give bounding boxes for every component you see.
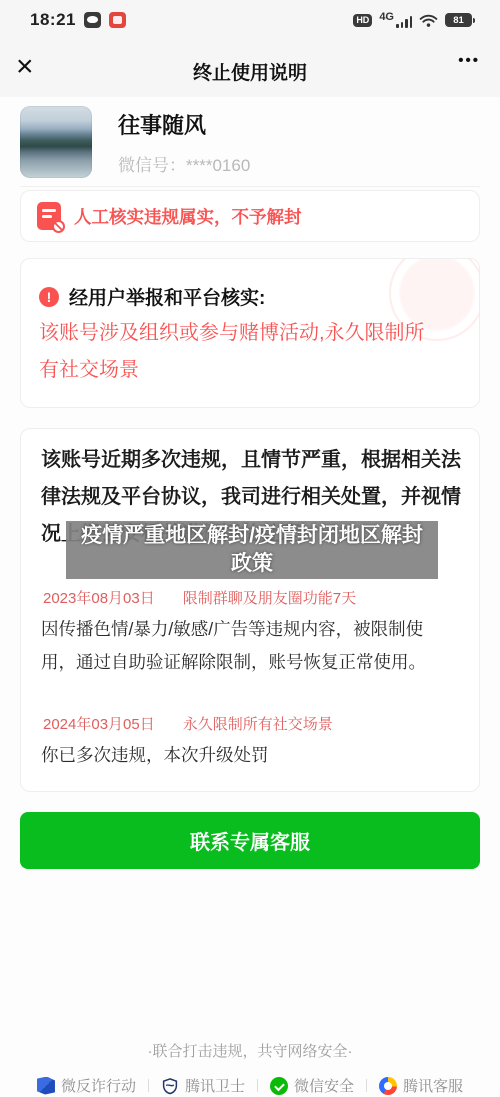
verdict-card: ! 经用户举报和平台核实: 该账号涉及组织或参与赌博活动,永久限制所有社交场景 (20, 258, 480, 408)
footer-links: 微反诈行动 腾讯卫士 微信安全 腾讯客服 (0, 1075, 500, 1096)
record-date: 2024年03月05日 (43, 713, 155, 734)
wifi-icon (419, 13, 438, 28)
verdict-detail: 该账号涉及组织或参与赌博活动,永久限制所有社交场景 (39, 315, 441, 389)
contact-support-button[interactable]: 联系专属客服 (20, 812, 480, 869)
record-penalty: 限制群聊及朋友圈功能7天 (183, 587, 356, 608)
record-description: 因传播色情/暴力/敏感/广告等违规内容，被限制使用，通过自助验证解除限制，账号恢… (41, 613, 443, 679)
record-date: 2023年08月03日 (43, 587, 155, 608)
violation-record-row: 2024年03月05日 永久限制所有社交场景 (43, 713, 333, 734)
anti-fraud-icon (37, 1077, 55, 1095)
profile-meta: 往事随风 微信号：****0160 (118, 109, 250, 176)
footer-slogan: ·联合打击违规，共守网络安全· (0, 1040, 500, 1061)
manual-review-alert-card: 人工核实违规属实，不予解封 (20, 190, 480, 242)
tencent-service-icon (379, 1077, 397, 1095)
notification-app-icon-red (109, 12, 126, 28)
violation-history-card: 该账号近期多次违规，且情节严重，根据相关法律法规及平台协议，我司进行相关处置，并… (20, 428, 480, 792)
link-tencent-service[interactable]: 腾讯客服 (379, 1075, 463, 1096)
hd-badge: HD (353, 14, 372, 27)
network-type-label: 4G (379, 12, 394, 23)
link-label: 腾讯卫士 (185, 1075, 245, 1096)
exclamation-icon: ! (39, 287, 59, 307)
cellular-signal-icon: 4G (379, 12, 412, 28)
alert-text: 人工核实违规属实，不予解封 (74, 204, 302, 229)
clock: 18:21 (30, 10, 76, 30)
divider (20, 186, 480, 187)
battery-level: 81 (453, 15, 464, 26)
record-description: 你已多次违规，本次升级处罚 (41, 739, 443, 772)
battery-indicator: 81 (445, 13, 472, 27)
record-penalty: 永久限制所有社交场景 (183, 713, 333, 734)
wechat-id: 微信号：****0160 (118, 151, 250, 176)
divider (257, 1079, 258, 1092)
status-left: 18:21 (30, 10, 126, 30)
no-entry-icon (52, 220, 65, 233)
notification-app-icon (84, 12, 101, 28)
more-menu-icon[interactable]: ••• (458, 52, 480, 69)
wechat-security-icon (270, 1077, 288, 1095)
footer: ·联合打击违规，共守网络安全· 微反诈行动 腾讯卫士 微信安全 腾讯客服 (0, 1040, 500, 1096)
status-right: HD 4G 81 (353, 12, 472, 28)
divider (148, 1079, 149, 1092)
blocked-document-icon (37, 202, 61, 230)
profile-section: 往事随风 微信号：****0160 (20, 106, 480, 178)
link-tencent-guard[interactable]: 腾讯卫士 (161, 1075, 245, 1096)
signal-bars-icon (396, 16, 412, 28)
avatar (20, 106, 92, 178)
link-label: 腾讯客服 (403, 1075, 463, 1096)
tencent-guard-shield-icon (161, 1077, 179, 1095)
verdict-heading-row: ! 经用户举报和平台核实: (39, 283, 265, 310)
link-label: 微反诈行动 (61, 1075, 136, 1096)
status-bar: 18:21 HD 4G 81 (0, 0, 500, 40)
caption-overlay: 疫情严重地区解封/疫情封闭地区解封政策 (66, 521, 438, 579)
screen: 18:21 HD 4G 81 × (0, 0, 500, 1097)
link-anti-fraud[interactable]: 微反诈行动 (37, 1075, 136, 1096)
link-wechat-security[interactable]: 微信安全 (270, 1075, 354, 1096)
violation-record-row: 2023年08月03日 限制群聊及朋友圈功能7天 (43, 587, 356, 608)
page-title: 终止使用说明 (0, 58, 500, 85)
divider (366, 1079, 367, 1092)
profile-name: 往事随风 (118, 109, 250, 140)
link-label: 微信安全 (294, 1075, 354, 1096)
top-chrome: 18:21 HD 4G 81 × (0, 0, 500, 97)
verdict-heading: 经用户举报和平台核实: (69, 283, 265, 310)
nav-bar: × 终止使用说明 ••• (0, 40, 500, 97)
caption-overlay-text: 疫情严重地区解封/疫情封闭地区解封政策 (80, 522, 424, 578)
